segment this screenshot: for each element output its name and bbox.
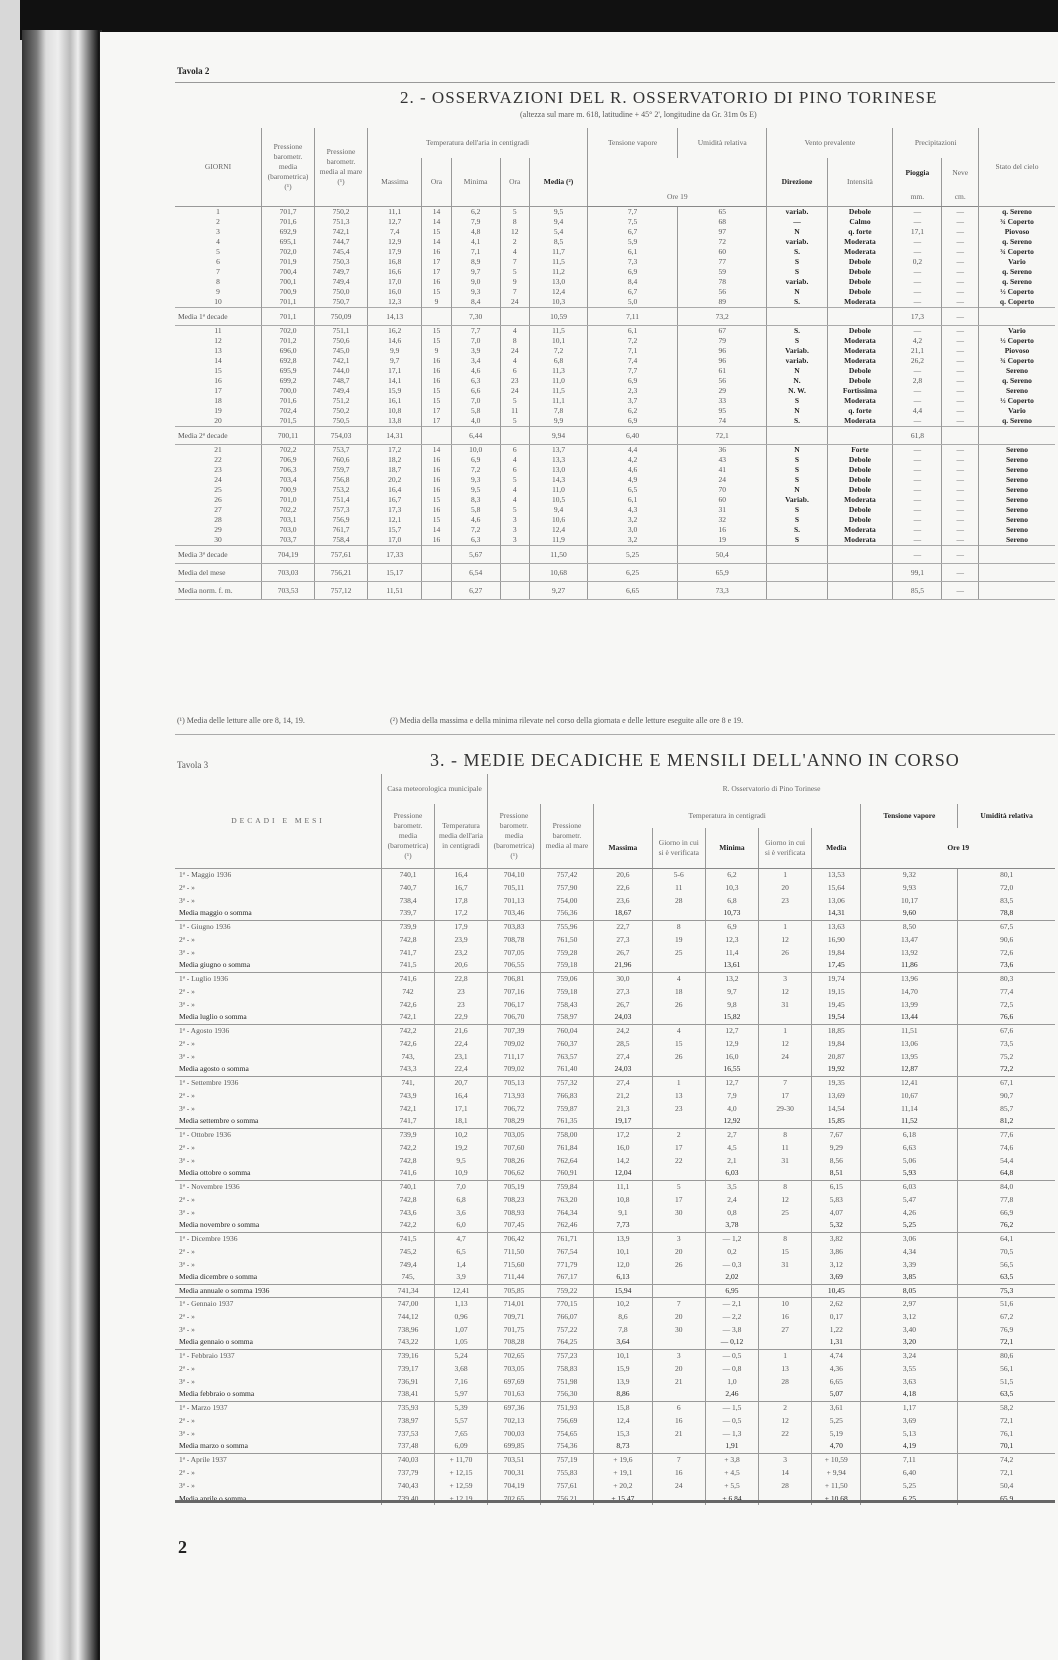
cell-casa-temp: 17,2 bbox=[435, 907, 488, 920]
cell-label: 2ª - » bbox=[175, 1414, 382, 1427]
cell-oss-press-mare: 760,91 bbox=[541, 1167, 594, 1180]
cell-day: 13 bbox=[175, 346, 262, 356]
cell-press-mare: 751,1 bbox=[315, 325, 368, 336]
empty-cell bbox=[827, 426, 893, 444]
cell-temp-max: 24,2 bbox=[594, 1024, 653, 1037]
cell-oss-press-mare: 757,19 bbox=[541, 1453, 594, 1466]
cell-ora-min: 3 bbox=[500, 525, 529, 535]
cell-tensione: 10,67 bbox=[861, 1089, 958, 1102]
cell-oss-press: 703,05 bbox=[488, 1128, 541, 1141]
cell-tensione: 13,92 bbox=[861, 946, 958, 959]
cell-oss-press-mare: 755,96 bbox=[541, 920, 594, 933]
cell-oss-press: 701,75 bbox=[488, 1323, 541, 1336]
cell-giorno-max: 20 bbox=[652, 1362, 705, 1375]
cell-pioggia: — bbox=[893, 495, 942, 505]
cell-press-media: 695,1 bbox=[262, 237, 315, 247]
summary-row: Media febbraio o somma738,415,97701,6375… bbox=[175, 1388, 1055, 1401]
cell-giorno-min: 8 bbox=[759, 1232, 812, 1245]
cell-tensione: 4,34 bbox=[861, 1245, 958, 1258]
table-row: 1ª - Luglio 1936741,622,8706,81759,0630,… bbox=[175, 972, 1055, 985]
table-row: 10701,1750,712,398,42410,35,089S.Moderat… bbox=[175, 297, 1055, 308]
cell-giorno-min: 3 bbox=[759, 972, 812, 985]
cell-stato-cielo: Sereno bbox=[979, 535, 1056, 546]
cell-giorno-min: 29-30 bbox=[759, 1102, 812, 1115]
cell-temp-min: 10,0 bbox=[451, 444, 500, 455]
unit-mm: mm. bbox=[893, 188, 942, 206]
cell-umidita: 65,9 bbox=[958, 1492, 1055, 1505]
cell-casa-temp: 5,97 bbox=[435, 1388, 488, 1401]
cell-oss-press: 711,44 bbox=[488, 1271, 541, 1284]
cell-temp-min: 3,4 bbox=[451, 356, 500, 366]
cell-casa-press: 742,6 bbox=[382, 1037, 435, 1050]
cell-ora-min: 3 bbox=[500, 535, 529, 546]
cell-umidita: 56 bbox=[678, 287, 767, 297]
cell-stato-cielo: Vario bbox=[979, 325, 1056, 336]
cell-temp-max: 22,7 bbox=[594, 920, 653, 933]
cell-press-mare: 749,4 bbox=[315, 386, 368, 396]
cell-label: 2ª - » bbox=[175, 1141, 382, 1154]
cell-giorno-max: 20 bbox=[652, 1245, 705, 1258]
cell-umidita: 72,1 bbox=[958, 1414, 1055, 1427]
cell-temp-media: 2,62 bbox=[812, 1297, 861, 1310]
cell-casa-press: 742,8 bbox=[382, 1154, 435, 1167]
cell-umidita: 72,1 bbox=[958, 1336, 1055, 1349]
cell-casa-temp: + 11,70 bbox=[435, 1453, 488, 1466]
empty-cell bbox=[827, 307, 893, 325]
summary-row: Media settembre o somma741,718,1708,2976… bbox=[175, 1115, 1055, 1128]
cell-casa-temp: 23 bbox=[435, 998, 488, 1011]
cell-press-mare: 757,3 bbox=[315, 505, 368, 515]
cell-tensione: 8,4 bbox=[588, 277, 678, 287]
cell-oss-press-mare: 751,98 bbox=[541, 1375, 594, 1388]
cell-temp-min: 0,2 bbox=[705, 1245, 758, 1258]
cell-press-mare: 761,7 bbox=[315, 525, 368, 535]
cell-tensione: 3,06 bbox=[861, 1232, 958, 1245]
cell-casa-temp: 5,39 bbox=[435, 1401, 488, 1414]
cell-giorno-max bbox=[652, 1167, 705, 1180]
cell-press-mare: 750,3 bbox=[315, 257, 368, 267]
cell-giorno-min: 26 bbox=[759, 946, 812, 959]
cell-oss-press: 704,10 bbox=[488, 868, 541, 881]
cell-vento-intensita: Moderata bbox=[827, 297, 893, 308]
cell-casa-temp: 6,0 bbox=[435, 1219, 488, 1232]
cell-label: 1ª - Novembre 1936 bbox=[175, 1180, 382, 1193]
col-temp-group: Temperatura dell'aria in centigradi bbox=[368, 128, 588, 158]
cell-vento-direzione: N bbox=[767, 227, 827, 237]
table-row: 19702,4750,210,8175,8117,86,295Nq. forte… bbox=[175, 406, 1055, 416]
cell-label: Media maggio o somma bbox=[175, 907, 382, 920]
cell-temp-media: + 9,94 bbox=[812, 1466, 861, 1479]
cell-temp-min: 6,3 bbox=[451, 535, 500, 546]
cell-press-mare: 759,7 bbox=[315, 465, 368, 475]
cell-label: 3ª - » bbox=[175, 894, 382, 907]
cell-umidita: 75,2 bbox=[958, 1050, 1055, 1063]
cell-ora-max: 15 bbox=[422, 336, 451, 346]
col-temp-group: Temperatura in centigradi bbox=[594, 804, 861, 828]
cell-temp-min: 12,3 bbox=[705, 933, 758, 946]
col-casa-group: Casa meteorologica municipale bbox=[382, 774, 488, 804]
cell-tensione: 6,2 bbox=[588, 406, 678, 416]
table-row: 8700,1749,417,0169,0913,08,478variab.Deb… bbox=[175, 277, 1055, 287]
cell-pioggia: — bbox=[893, 465, 942, 475]
cell-tensione: 6,18 bbox=[861, 1128, 958, 1141]
cell-casa-temp: 0,96 bbox=[435, 1310, 488, 1323]
table-row: 9700,9750,016,0159,3712,46,756NDebole——½… bbox=[175, 287, 1055, 297]
cell-t: 6,25 bbox=[588, 563, 678, 581]
cell-temp-media: 11,3 bbox=[529, 366, 587, 376]
cell-giorno-max: 8 bbox=[652, 920, 705, 933]
cell-day: 27 bbox=[175, 505, 262, 515]
cell-stato-cielo: Sereno bbox=[979, 525, 1056, 535]
cell-ora-max: 16 bbox=[422, 356, 451, 366]
cell-oss-press: 708,23 bbox=[488, 1193, 541, 1206]
cell-casa-press: 742,2 bbox=[382, 1219, 435, 1232]
cell-tensione: 5,9 bbox=[588, 237, 678, 247]
cell-temp-max: 30,0 bbox=[594, 972, 653, 985]
cell-vento-intensita: Moderata bbox=[827, 336, 893, 346]
cell-temp-max: 16,4 bbox=[368, 485, 422, 495]
cell-casa-temp: 20,7 bbox=[435, 1076, 488, 1089]
cell-casa-press: 741,6 bbox=[382, 972, 435, 985]
cell-casa-press: 742,2 bbox=[382, 1141, 435, 1154]
cell-label: 1ª - Giugno 1936 bbox=[175, 920, 382, 933]
cell-giorno-max bbox=[652, 959, 705, 972]
cell-press-mare: 751,4 bbox=[315, 495, 368, 505]
cell-temp-min: 6,8 bbox=[705, 894, 758, 907]
cell-tensione: 7,2 bbox=[588, 336, 678, 346]
cell-label: Media febbraio o somma bbox=[175, 1388, 382, 1401]
cell-stato-cielo: ¾ Coperto bbox=[979, 356, 1056, 366]
cell-casa-press: 738,4 bbox=[382, 894, 435, 907]
cell-oss-press-mare: 766,83 bbox=[541, 1089, 594, 1102]
cell-stato-cielo: Piovoso bbox=[979, 227, 1056, 237]
cell-tensione: 2,3 bbox=[588, 386, 678, 396]
cell-label: 3ª - » bbox=[175, 998, 382, 1011]
cell-ora-max: 15 bbox=[422, 515, 451, 525]
cell-umidita: 84,0 bbox=[958, 1180, 1055, 1193]
cell-oss-press-mare: 761,35 bbox=[541, 1115, 594, 1128]
cell-temp-min: — 0,12 bbox=[705, 1336, 758, 1349]
col-giorno-max: Giorno in cui si è verificata bbox=[652, 828, 705, 868]
cell-vento-direzione: N bbox=[767, 287, 827, 297]
cell-casa-temp: 21,6 bbox=[435, 1024, 488, 1037]
table-row: 3ª - »742,117,1706,72759,8721,3234,029-3… bbox=[175, 1102, 1055, 1115]
cell-oss-press: 700,31 bbox=[488, 1466, 541, 1479]
cell-umidita: 76,9 bbox=[958, 1323, 1055, 1336]
cell-temp-media: 11,5 bbox=[529, 257, 587, 267]
cell-giorno-max: 3 bbox=[652, 1349, 705, 1362]
cell-ora-max: 15 bbox=[422, 386, 451, 396]
cell-umidita: 67,2 bbox=[958, 1310, 1055, 1323]
cell-umidita: 64,1 bbox=[958, 1232, 1055, 1245]
cell-giorno-min: 23 bbox=[759, 894, 812, 907]
cell-tensione: 10,17 bbox=[861, 894, 958, 907]
cell-casa-press: 742 bbox=[382, 985, 435, 998]
footnote-1: (¹) Media delle letture alle ore 8, 14, … bbox=[177, 716, 305, 725]
cell-temp-media: + 10,59 bbox=[812, 1453, 861, 1466]
cell-umidita: 58,2 bbox=[958, 1401, 1055, 1414]
table-row: 26701,0751,416,7158,3410,56,160Variab.Mo… bbox=[175, 495, 1055, 505]
cell-temp-min: — 3,8 bbox=[705, 1323, 758, 1336]
unit-cm: cm. bbox=[942, 188, 979, 206]
cell-tensione: 3,24 bbox=[861, 1349, 958, 1362]
cell-oss-press-mare: 758,43 bbox=[541, 998, 594, 1011]
table-row: 3ª - »736,917,16697,69751,9813,9211,0286… bbox=[175, 1375, 1055, 1388]
cell-press-media: 702,0 bbox=[262, 247, 315, 257]
cell-oss-press-mare: 770,15 bbox=[541, 1297, 594, 1310]
cell-neve: — bbox=[942, 475, 979, 485]
cell-press-mare: 750,0 bbox=[315, 287, 368, 297]
empty-cell bbox=[500, 307, 529, 325]
cell-vento-direzione: Variab. bbox=[767, 495, 827, 505]
cell-temp-min: 9,0 bbox=[451, 277, 500, 287]
cell-vento-intensita: Debole bbox=[827, 267, 893, 277]
cell-casa-temp: 1,05 bbox=[435, 1336, 488, 1349]
table-row: 2ª - »742,219,2707,60761,8416,0174,5119,… bbox=[175, 1141, 1055, 1154]
cell-med: 10,59 bbox=[529, 307, 587, 325]
cell-temp-min: 3,9 bbox=[451, 346, 500, 356]
cell-umidita: 68 bbox=[678, 217, 767, 227]
cell-vento-intensita: Debole bbox=[827, 287, 893, 297]
cell-temp-media: 12,4 bbox=[529, 525, 587, 535]
cell-med: 9,27 bbox=[529, 581, 587, 599]
cell-umidita: 76,6 bbox=[958, 1011, 1055, 1024]
cell-label: Media aprile o somma bbox=[175, 1492, 382, 1505]
cell-giorno-min bbox=[759, 1011, 812, 1024]
cell-umidita: 63,5 bbox=[958, 1388, 1055, 1401]
cell-casa-press: 739,40 bbox=[382, 1492, 435, 1505]
cell-press-media: 696,0 bbox=[262, 346, 315, 356]
cell-oss-press-mare: 762,64 bbox=[541, 1154, 594, 1167]
cell-giorno-max bbox=[652, 1440, 705, 1453]
cell-ora-min: 5 bbox=[500, 505, 529, 515]
cell-vento-direzione: S. bbox=[767, 525, 827, 535]
cell-giorno-min: 12 bbox=[759, 985, 812, 998]
cell-giorno-min: 17 bbox=[759, 1089, 812, 1102]
cell-tensione: 4,4 bbox=[588, 444, 678, 455]
cell-vento-intensita: Moderata bbox=[827, 237, 893, 247]
cell-tensione: 3,55 bbox=[861, 1362, 958, 1375]
cell-stato-cielo: Piovoso bbox=[979, 346, 1056, 356]
col-giorni: GIORNI bbox=[175, 128, 262, 206]
cell-temp-min: — 1,5 bbox=[705, 1401, 758, 1414]
cell-temp-max: 8,86 bbox=[594, 1388, 653, 1401]
cell-umidita: 63,5 bbox=[958, 1271, 1055, 1284]
table-row: 14692,8742,19,7163,446,87,496variab.Mode… bbox=[175, 356, 1055, 366]
cell-temp-media: 13,63 bbox=[812, 920, 861, 933]
cell-tensione: 6,63 bbox=[861, 1141, 958, 1154]
cell-umidita: 56,5 bbox=[958, 1258, 1055, 1271]
cell-ora-min: 11 bbox=[500, 406, 529, 416]
cell-neve: — bbox=[942, 237, 979, 247]
cell-temp-media: 18,85 bbox=[812, 1024, 861, 1037]
cell-temp-min: 12,9 bbox=[705, 1037, 758, 1050]
cell-vento-direzione: S bbox=[767, 475, 827, 485]
summary-row: Media annuale o somma 1936741,3412,41705… bbox=[175, 1284, 1055, 1297]
cell-label: 1ª - Febbraio 1937 bbox=[175, 1349, 382, 1362]
cell-temp-media: 19,84 bbox=[812, 946, 861, 959]
cell-stato-cielo: Sereno bbox=[979, 495, 1056, 505]
cell-oss-press: 704,19 bbox=[488, 1479, 541, 1492]
cell-temp-max: 12,1 bbox=[368, 515, 422, 525]
cell-umidita: 70 bbox=[678, 485, 767, 495]
cell-giorno-min: 12 bbox=[759, 1193, 812, 1206]
cell-temp-media: 19,45 bbox=[812, 998, 861, 1011]
cell-pmm: 757,61 bbox=[315, 545, 368, 563]
cell-giorno-max: 28 bbox=[652, 894, 705, 907]
cell-temp-min: — 0,5 bbox=[705, 1349, 758, 1362]
cell-ora-min: 8 bbox=[500, 217, 529, 227]
cell-neve: — bbox=[942, 297, 979, 308]
cell-giorno-min: 10 bbox=[759, 1297, 812, 1310]
cell-casa-press: 742,8 bbox=[382, 933, 435, 946]
cell-temp-media: 11,5 bbox=[529, 386, 587, 396]
cell-vento-direzione: S bbox=[767, 396, 827, 406]
cell-tensione: 6,40 bbox=[861, 1466, 958, 1479]
cell-umidita: 61 bbox=[678, 366, 767, 376]
cell-vento-direzione: variab. bbox=[767, 237, 827, 247]
col-giorno-min: Giorno in cui si è verificata bbox=[759, 828, 812, 868]
cell-casa-temp: 7,0 bbox=[435, 1180, 488, 1193]
cell-pioggia: — bbox=[893, 475, 942, 485]
cell-temp-min: 10,3 bbox=[705, 881, 758, 894]
cell-tensione: 9,60 bbox=[861, 907, 958, 920]
cell-temp-media: 11,5 bbox=[529, 325, 587, 336]
cell-oss-press-mare: 766,07 bbox=[541, 1310, 594, 1323]
cell-oss-press-mare: 756,21 bbox=[541, 1492, 594, 1505]
cell-stato-cielo: ¾ Coperto bbox=[979, 217, 1056, 227]
cell-temp-max: 10,8 bbox=[594, 1193, 653, 1206]
col-decadi: DECADI E MESI bbox=[175, 774, 382, 868]
cell-umidita: 41 bbox=[678, 465, 767, 475]
cell-med: 9,94 bbox=[529, 426, 587, 444]
cell-umidita: 70,1 bbox=[958, 1440, 1055, 1453]
cell-oss-press: 706,17 bbox=[488, 998, 541, 1011]
cell-tensione: 5,13 bbox=[861, 1427, 958, 1440]
cell-tensione: 12,87 bbox=[861, 1063, 958, 1076]
cell-casa-press: 749,4 bbox=[382, 1258, 435, 1271]
cell-temp-media: 13,53 bbox=[812, 868, 861, 881]
cell-max: 11,51 bbox=[368, 581, 422, 599]
cell-label: 3ª - » bbox=[175, 1206, 382, 1219]
cell-press-media: 701,7 bbox=[262, 206, 315, 217]
cell-press-mare: 745,4 bbox=[315, 247, 368, 257]
cell-tensione: 11,52 bbox=[861, 1115, 958, 1128]
cell-casa-temp: 6,8 bbox=[435, 1193, 488, 1206]
cell-tensione: 11,86 bbox=[861, 959, 958, 972]
cell-vento-direzione: S bbox=[767, 465, 827, 475]
cell-day: 1 bbox=[175, 206, 262, 217]
cell-vento-intensita: q. forte bbox=[827, 227, 893, 237]
summary-row: Media marzo o somma737,486,09699,85754,3… bbox=[175, 1440, 1055, 1453]
cell-temp-min: — 1,3 bbox=[705, 1427, 758, 1440]
cell-label: Media marzo o somma bbox=[175, 1440, 382, 1453]
cell-oss-press: 703,05 bbox=[488, 1362, 541, 1375]
cell-oss-press-mare: 751,93 bbox=[541, 1401, 594, 1414]
cell-giorno-max: 24 bbox=[652, 1479, 705, 1492]
cell-umidita: 54,4 bbox=[958, 1154, 1055, 1167]
cell-med: 10,68 bbox=[529, 563, 587, 581]
col-massima: Massima bbox=[368, 158, 422, 206]
cell-temp-media: 19,84 bbox=[812, 1037, 861, 1050]
cell-casa-temp: 5,24 bbox=[435, 1349, 488, 1362]
cell-label: Media dicembre o somma bbox=[175, 1271, 382, 1284]
cell-umidita: 78,8 bbox=[958, 907, 1055, 920]
cell-press-mare: 748,7 bbox=[315, 376, 368, 386]
cell-vento-direzione: S. bbox=[767, 416, 827, 427]
cell-ora-min: 9 bbox=[500, 277, 529, 287]
cell-neve: — bbox=[942, 386, 979, 396]
empty-cell bbox=[979, 307, 1056, 325]
page-number: 2 bbox=[178, 1537, 187, 1558]
cell-casa-temp: 19,2 bbox=[435, 1141, 488, 1154]
cell-press-media: 702,2 bbox=[262, 505, 315, 515]
cell-neve: — bbox=[942, 325, 979, 336]
empty-cell bbox=[767, 581, 827, 599]
cell-temp-min: — 2,2 bbox=[705, 1310, 758, 1323]
cell-umidita: 72,5 bbox=[958, 998, 1055, 1011]
col-stato: Stato del cielo bbox=[979, 128, 1056, 206]
cell-ora-max: 16 bbox=[422, 535, 451, 546]
cell-pioggia: — bbox=[893, 535, 942, 546]
divider bbox=[175, 734, 1055, 735]
cell-temp-max: 8,73 bbox=[594, 1440, 653, 1453]
cell-temp-min: 9,7 bbox=[705, 985, 758, 998]
cell-tensione: 3,85 bbox=[861, 1271, 958, 1284]
cell-giorno-min: 31 bbox=[759, 1154, 812, 1167]
cell-temp-min: + 6,84 bbox=[705, 1492, 758, 1505]
cell-neve: — bbox=[942, 515, 979, 525]
cell-ora-min: 5 bbox=[500, 206, 529, 217]
cell-temp-max: 15,9 bbox=[594, 1362, 653, 1375]
cell-oss-press-mare: 767,54 bbox=[541, 1245, 594, 1258]
cell-temp-min: + 5,5 bbox=[705, 1479, 758, 1492]
table-row: 1ª - Marzo 1937735,935,39697,36751,9315,… bbox=[175, 1401, 1055, 1414]
cell-ora-min: 5 bbox=[500, 475, 529, 485]
cell-giorno-max: 4 bbox=[652, 972, 705, 985]
cell-temp-max: 15,9 bbox=[368, 386, 422, 396]
col-neve: Neve bbox=[942, 158, 979, 188]
cell-umidita: 95 bbox=[678, 406, 767, 416]
cell-ora-max: 15 bbox=[422, 325, 451, 336]
cell-pioggia: — bbox=[893, 386, 942, 396]
cell-temp-max: 17,0 bbox=[368, 277, 422, 287]
summary-row: Media aprile o somma739,40+ 12,19702,657… bbox=[175, 1492, 1055, 1505]
cell-giorno-max: 18 bbox=[652, 985, 705, 998]
table-row: 15695,9744,017,1164,6611,37,761NDebole——… bbox=[175, 366, 1055, 376]
cell-casa-press: 743,6 bbox=[382, 1206, 435, 1219]
cell-temp-min: 6,9 bbox=[705, 920, 758, 933]
empty-cell bbox=[500, 563, 529, 581]
cell-oss-press-mare: 759,22 bbox=[541, 1284, 594, 1297]
cell-giorno-min bbox=[759, 1492, 812, 1505]
cell-stato-cielo: Vario bbox=[979, 406, 1056, 416]
cell-casa-press: 744,12 bbox=[382, 1310, 435, 1323]
cell-stato-cielo: Sereno bbox=[979, 505, 1056, 515]
cell-temp-min: 8,9 bbox=[451, 257, 500, 267]
table-row: 11702,0751,116,2157,7411,56,167S.Debole—… bbox=[175, 325, 1055, 336]
cell-temp-media: 7,2 bbox=[529, 346, 587, 356]
cell-tensione: 4,6 bbox=[588, 465, 678, 475]
cell-pm: 703,53 bbox=[262, 581, 315, 599]
empty-cell bbox=[827, 545, 893, 563]
cell-temp-min: 2,1 bbox=[705, 1154, 758, 1167]
cell-giorno-min: 13 bbox=[759, 1362, 812, 1375]
cell-casa-press: 740,1 bbox=[382, 1180, 435, 1193]
table-row: 1ª - Giugno 1936739,917,9703,83755,9622,… bbox=[175, 920, 1055, 933]
cell-temp-min: 13,2 bbox=[705, 972, 758, 985]
col-press-media: Pressione barometr. media (barometrica) … bbox=[262, 128, 315, 206]
